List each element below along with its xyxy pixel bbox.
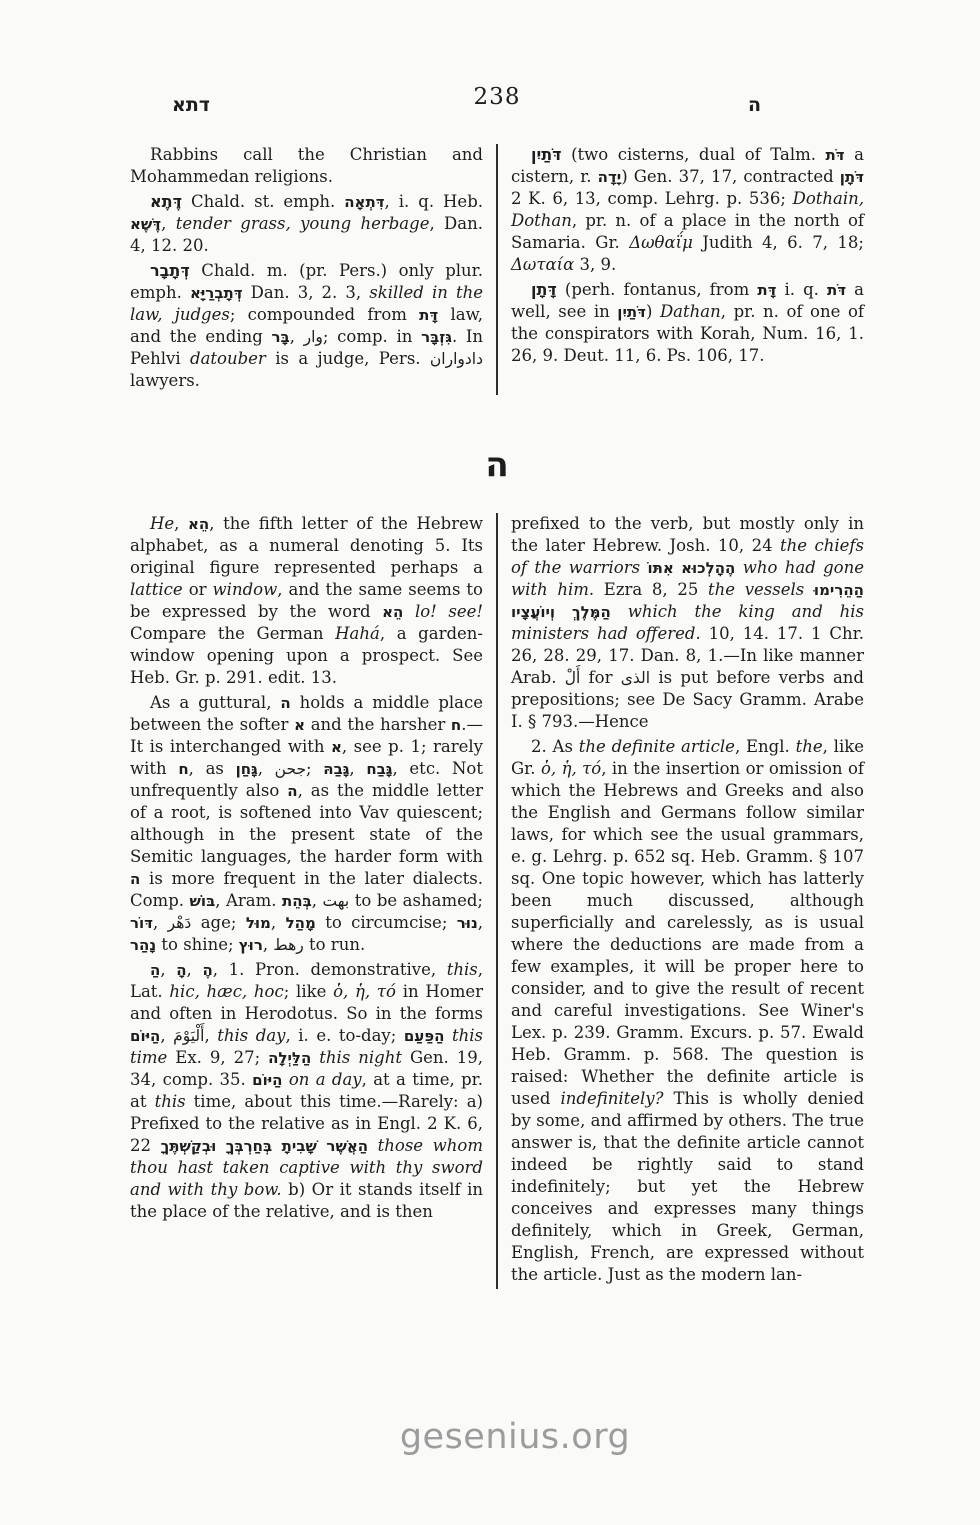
italic-text-run: this [155,1092,186,1111]
text-run: (two cisterns, dual of Talm. [562,145,826,164]
arabic-text-run: بهت [323,892,350,910]
hebrew-text-run: הָ [176,961,186,979]
text-run [368,1136,378,1155]
text-run: to be ashamed; [349,891,483,910]
paragraph: דֹּתַיִן (two cisterns, dual of Talm. דֹ… [511,144,864,276]
text-run: or [183,580,213,599]
hebrew-text-run: ה [280,694,290,712]
hebrew-text-run: דֹּת [826,146,845,164]
greek-text-run: ὁ, ἡ, τό [333,982,396,1001]
text-run: , [271,913,286,932]
hebrew-text-run: דּוֹר [130,914,153,932]
text-run: , [312,891,323,910]
text-run: Chald. st. emph. [182,192,344,211]
italic-text-run: the definite article [579,737,735,756]
text-run: age; [191,913,246,932]
hebrew-headword: דֶּתֶא [150,192,182,211]
paragraph: He, הֵא, the fifth letter of the Hebrew … [130,513,483,689]
text-run: Dan. 3, 2. 3, [243,283,370,302]
text-run: , [161,214,176,233]
hebrew-text-run: הַיּוֹם [252,1071,282,1089]
hebrew-text-run: נָהַר [130,936,156,954]
text-run: , i. e. to-day; [286,1026,404,1045]
italic-text-run: tender grass, young herbage [176,214,430,233]
text-run: , [290,327,304,346]
paragraph: דְּתָבָר Chald. m. (pr. Pers.) only plur… [130,260,483,392]
text-run: (perh. fontanus, from [557,280,758,299]
arabic-text-run: الذى [621,669,650,687]
top-right-column: דֹּתַיִן (two cisterns, dual of Talm. דֹ… [498,144,864,395]
text-run: for [580,668,620,687]
hebrew-text-run: רוּץ [239,936,263,954]
paragraph: As a guttural, ה holds a middle place be… [130,692,483,956]
hebrew-text-run: גָּבַח [366,760,392,778]
main-left-column: He, הֵא, the fifth letter of the Hebrew … [130,513,496,1289]
section-letter-he: ה [130,447,864,483]
italic-text-run: this night [319,1048,402,1067]
hebrew-text-run: דֶּשֶׁא [130,215,161,233]
hebrew-text-run: א [331,738,342,756]
text-run [611,602,628,621]
text-run: , Engl. [735,737,796,756]
italic-text-run: He [150,514,174,533]
text-run: ; like [284,982,333,1001]
hebrew-text-run: הֵא [188,515,209,533]
text-run [735,558,742,577]
page-number: 238 [474,86,521,108]
paragraph: Rabbins call the Christian and Mohammeda… [130,144,483,188]
text-run: to run. [304,935,365,954]
paragraph: דֶּתֶא Chald. st. emph. דִּתְאָה, i. q. … [130,191,483,257]
hebrew-text-run: דֹּתָן [840,168,864,186]
paragraph: prefixed to the verb, but mostly only in… [511,513,864,733]
text-run: Compare the German [130,624,335,643]
hebrew-text-run: דֹּתַיִן [617,303,646,321]
dalet-entries-section: Rabbins call the Christian and Mohammeda… [130,144,864,395]
text-run: Ex. 9, 27; [167,1048,268,1067]
running-head: דתא 238 ה [130,92,864,122]
italic-text-run: datouber [190,349,266,368]
italic-text-run: hic, hæc, hoc [169,982,283,1001]
text-run: lawyers. [130,371,200,390]
greek-text-run: Δωταία [511,255,574,274]
running-head-right-catchword: ה [748,94,761,116]
arabic-text-run: جحن [275,760,306,778]
hebrew-text-run: ח [451,716,461,734]
arabic-text-run: أَلْ [565,669,581,687]
hebrew-text-run: בּוֹשׁ [190,892,216,910]
hebrew-text-run: הַאֲשֶׁר שָׁבִיתָ בְּחַרְבְּךָ וּבְקַשְׁ… [161,1137,368,1155]
hebrew-headword: דָּתָן [531,280,557,299]
text-run: , i. q. Heb. [385,192,483,211]
arabic-text-run: أَلْيَوْمَ [173,1027,204,1045]
italic-text-run: lattice [130,580,183,599]
hebrew-text-run: הֵא [382,603,403,621]
hebrew-text-run: נוּר [457,914,478,932]
hebrew-text-run: בָּר [272,328,290,346]
hebrew-text-run: גָּבַהּ [323,760,349,778]
italic-text-run: the [796,737,823,756]
hebrew-text-run: א [294,716,305,734]
arabic-text-run: دادواران [430,350,483,368]
paragraph: דָּתָן (perh. fontanus, from דָּת i. q. … [511,279,864,367]
text-run: , as [189,759,236,778]
greek-text-run: Δωθαΐμ [629,233,693,252]
italic-text-run: the vessels [708,580,804,599]
text-run [444,1026,452,1045]
text-run: to shine; [156,935,239,954]
hebrew-text-run: הַפַּעַם [404,1027,445,1045]
hebrew-text-run: דְּתָבְרַיָּא [190,284,243,302]
he-letter-section: He, הֵא, the fifth letter of the Hebrew … [130,513,864,1289]
hebrew-text-run: הַ [150,961,160,979]
text-run: , [153,913,168,932]
hebrew-text-run: דָּת [757,281,776,299]
italic-text-run: this day [217,1026,285,1045]
text-run: is a judge, Pers. [266,349,430,368]
hebrew-text-run: בְּהֵת [282,892,312,910]
italic-text-run: window [213,580,278,599]
arabic-text-run: دَهْر [168,914,192,932]
main-right-column: prefixed to the verb, but mostly only in… [498,513,864,1289]
hebrew-text-run: הַיּוֹם [130,1027,160,1045]
text-run: , Aram. [215,891,282,910]
italic-text-run: lo! see! [415,602,483,621]
text-run [403,602,415,621]
top-left-column: Rabbins call the Christian and Mohammeda… [130,144,496,395]
hebrew-text-run: מָהַל [286,914,316,932]
text-run: 2 K. 6, 13, comp. Lehrg. p. 536; [511,189,793,208]
hebrew-text-run: הַלַּיְלָה [268,1049,311,1067]
hebrew-headword: דְּתָבָר [150,261,190,280]
hebrew-text-run: יָדָה [598,168,622,186]
italic-text-run: this [447,960,478,979]
text-run: , 1. Pron. demonstrative, [213,960,447,979]
text-run: ) Gen. 37, 17, contracted [621,167,840,186]
hebrew-text-run: הֶ [202,961,212,979]
paragraph: 2. As the definite article, Engl. the, l… [511,736,864,1286]
hebrew-text-run: מוּל [246,914,271,932]
text-run: Judith 4, 6. 7, 18; [693,233,864,252]
text-run: Rabbins call the Christian and Mohammeda… [130,145,483,186]
text-run: to circumcise; [316,913,457,932]
arabic-text-run: وار [304,328,323,346]
text-run: , [204,1026,217,1045]
text-run: i. q. [776,280,827,299]
italic-text-run: Hahá [335,624,380,643]
text-run: and the harsher [305,715,451,734]
hebrew-text-run: ה [287,782,297,800]
paragraph: הַ, הָ, הֶ, 1. Pron. demonstrative, this… [130,959,483,1223]
text-run: , [263,935,274,954]
text-run: , [174,514,188,533]
hebrew-headword: דֹּתַיִן [531,145,562,164]
greek-text-run: ὁ, ἡ, τό [541,759,601,778]
text-run: As a guttural, [150,693,280,712]
text-run: , [478,913,483,932]
hebrew-text-run: דֹּת [827,281,846,299]
text-run: , [258,759,275,778]
hebrew-text-run: דָּת [419,306,438,324]
hebrew-text-run: ח [178,760,188,778]
text-run: , [349,759,366,778]
text-run: Ezra 8, 25 [594,580,708,599]
text-run: This is wholly denied by some, and affir… [511,1089,864,1284]
italic-text-run: on a day [289,1070,362,1089]
text-run: , [160,1026,173,1045]
watermark: gesenius.org [400,1426,630,1448]
text-run: 2. As [531,737,579,756]
text-run: , in the insertion or omission of which … [511,759,864,1108]
hebrew-text-run: הֶהָלְכוּא אִתּוֹ [647,559,735,577]
text-run: , [160,960,176,979]
italic-text-run: Dathan [660,302,721,321]
text-run: 3, 9. [574,255,616,274]
text-run: ; [306,759,323,778]
text-run: ; compounded from [230,305,419,324]
text-run: ; comp. in [323,327,421,346]
text-run [804,580,814,599]
hebrew-text-run: גָּחַן [236,760,258,778]
arabic-text-run: رهط [273,936,303,954]
hebrew-text-run: ה [130,870,140,888]
running-head-left-catchword: דתא [172,94,210,116]
dictionary-page: דתא 238 ה Rabbins call the Christian and… [0,0,980,1525]
hebrew-text-run: דִּתְאָה [344,193,384,211]
text-run: , [187,960,203,979]
hebrew-text-run: גִּזְבָּר [421,328,452,346]
text-run: ) [646,302,660,321]
italic-text-run: indefinitely? [561,1089,664,1108]
